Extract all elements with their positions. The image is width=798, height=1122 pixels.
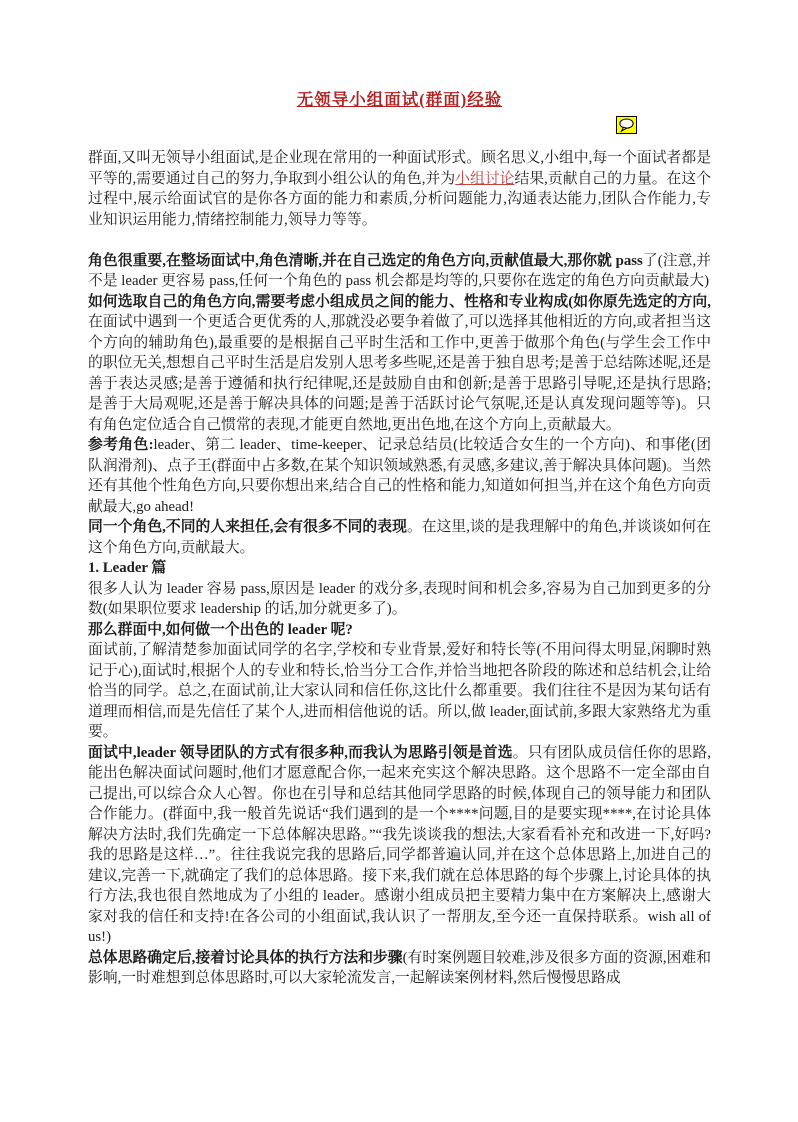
blank-line — [88, 230, 711, 251]
bold-text-run: 面试中,leader 领导团队的方式有很多种,而我认为思路引领是首选 — [88, 745, 513, 761]
paragraph: 同一个角色,不同的人来担任,会有很多不同的表现。在这里,谈的是我理解中的角色,并… — [88, 517, 711, 558]
paragraph: 面试前,了解清楚参加面试同学的名字,学校和专业背景,爱好和特长等(不用问得太明显… — [88, 640, 711, 743]
bold-text-run: 1. Leader 篇 — [88, 560, 166, 576]
text-run: leader、第二 leader、time-keeper、记录总结员(比较适合女… — [88, 437, 711, 515]
bold-text-run: 那么群面中,如何做一个出色的 leader 呢? — [88, 622, 353, 638]
comment-icon[interactable] — [616, 116, 637, 134]
paragraph: 面试中,leader 领导团队的方式有很多种,而我认为思路引领是首选。只有团队成… — [88, 743, 711, 948]
bold-text-run: 如何选取自己的角色方向,需要考虑小组成员之间的能力、性格和专业构成(如你原先选定… — [88, 294, 711, 310]
paragraph: 群面,又叫无领导小组面试,是企业现在常用的一种面试形式。顾名思义,小组中,每一个… — [88, 148, 711, 230]
paragraph: 那么群面中,如何做一个出色的 leader 呢? — [88, 620, 711, 641]
document-body: 群面,又叫无领导小组面试,是企业现在常用的一种面试形式。顾名思义,小组中,每一个… — [88, 148, 711, 989]
paragraph: 参考角色:leader、第二 leader、time-keeper、记录总结员(… — [88, 435, 711, 517]
text-run: 面试前,了解清楚参加面试同学的名字,学校和专业背景,爱好和特长等(不用问得太明显… — [88, 642, 711, 740]
paragraph: 总体思路确定后,接着讨论具体的执行方法和步骤(有时案例题目较难,涉及很多方面的资… — [88, 948, 711, 989]
document-page: { "document": { "title": "无领导小组面试(群面)经验"… — [0, 0, 798, 1122]
text-run: 很多人认为 leader 容易 pass,原因是 leader 的戏分多,表现时… — [88, 581, 711, 618]
paragraph: 很多人认为 leader 容易 pass,原因是 leader 的戏分多,表现时… — [88, 579, 711, 620]
section-heading: 1. Leader 篇 — [88, 558, 711, 579]
paragraph: 如何选取自己的角色方向,需要考虑小组成员之间的能力、性格和专业构成(如你原先选定… — [88, 292, 711, 436]
paragraph: 角色很重要,在整场面试中,角色清晰,并在自己选定的角色方向,贡献值最大,那你就 … — [88, 251, 711, 292]
inline-hyperlink[interactable]: 小组讨论 — [455, 171, 514, 187]
bold-text-run: 参考角色: — [88, 437, 154, 453]
bold-text-run: 同一个角色,不同的人来担任,会有很多不同的表现 — [88, 519, 407, 535]
document-content: 无领导小组面试(群面)经验 群面,又叫无领导小组面试,是企业现在常用的一种面试形… — [0, 0, 798, 989]
text-run: 在面试中遇到一个更适合更优秀的人,那就没必要争着做了,可以选择其他相近的方向,或… — [88, 314, 711, 433]
text-run: 。只有团队成员信任你的思路,能出色解决面试问题时,他们才愿意配合你,一起来充实这… — [88, 745, 711, 946]
document-title: 无领导小组面试(群面)经验 — [88, 88, 711, 112]
bold-text-run: 总体思路确定后,接着讨论具体的执行方法和步骤 — [88, 950, 403, 966]
bold-text-run: 角色很重要,在整场面试中,角色清晰,并在自己选定的角色方向,贡献值最大,那你就 … — [88, 253, 643, 269]
